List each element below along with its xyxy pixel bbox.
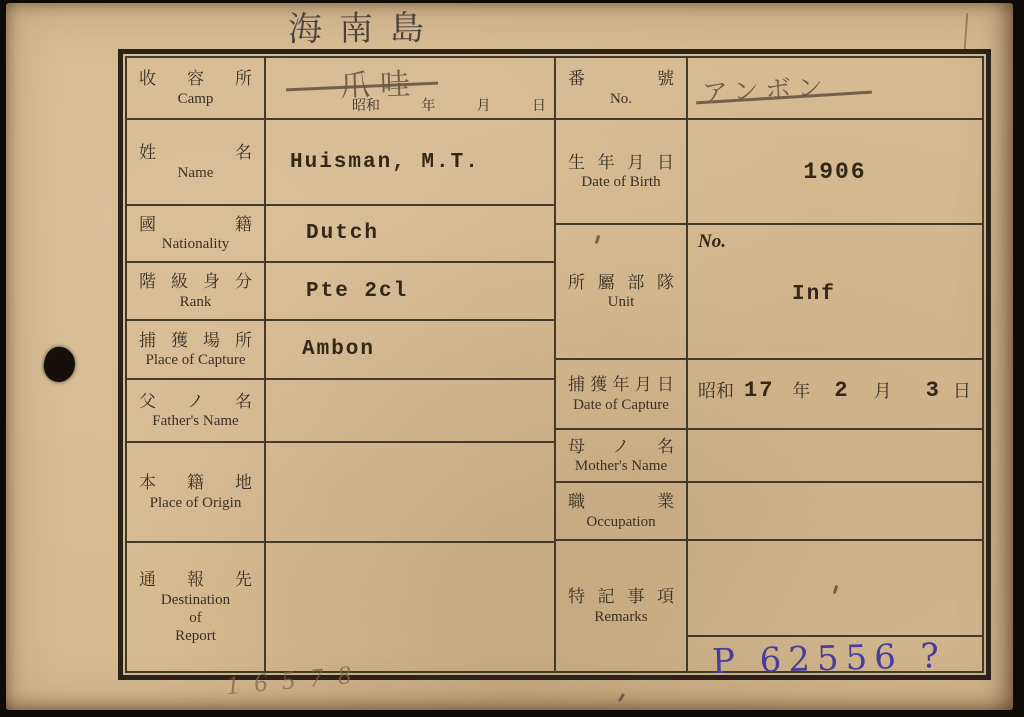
camp-label: 收 容 所 Camp: [127, 58, 266, 118]
number-value: アンボン: [688, 58, 982, 118]
name-typed-value: Huisman, M.T.: [266, 151, 480, 174]
camp-label-jp: 收 容 所: [127, 68, 264, 89]
date-of-birth-label-en: Date of Birth: [556, 173, 686, 191]
row-fathers-name: 父 ノ 名 Father's Name: [127, 380, 554, 443]
row-number: 番 號 No. アンボン: [556, 58, 982, 120]
date-of-birth-typed-value: 1906: [803, 159, 866, 185]
rank-label-jp: 階 級 身 分: [127, 271, 264, 292]
fathers-name-value: [266, 380, 554, 441]
rank-value: Pte 2cl: [266, 263, 554, 319]
date-of-birth-label: 生 年 月 日 Date of Birth: [556, 120, 688, 223]
number-label: 番 號 No.: [556, 58, 688, 118]
rank-typed-value: Pte 2cl: [266, 280, 408, 303]
occupation-value: [688, 483, 982, 539]
rank-label-en: Rank: [127, 293, 264, 311]
place-of-capture-label: 捕 獲 場 所 Place of Capture: [127, 321, 266, 378]
fathers-name-label-en: Father's Name: [127, 412, 264, 430]
mothers-name-label-jp: 母 ノ 名: [556, 436, 686, 457]
unit-label: 所 屬 部 隊 Unit: [556, 225, 688, 358]
record-table: 收 容 所 Camp 爪哇 昭和 年 月 日: [118, 49, 991, 680]
remarks-value-sections: P 62556 ?: [688, 575, 982, 637]
remarks-label: 特 記 事 項 Remarks: [556, 541, 688, 671]
pencil-scratch: [964, 13, 969, 49]
date-of-capture-label: 捕 獲 年 月 日 Date of Capture: [556, 360, 688, 428]
camp-date-year: 年: [421, 95, 435, 115]
row-remarks: 特 記 事 項 Remarks P 62556 ?: [556, 541, 982, 671]
pencil-mark: [618, 693, 625, 702]
name-label: 姓 名 Name: [127, 120, 266, 204]
place-of-origin-label-jp: 本 籍 地: [127, 472, 264, 493]
place-of-origin-label-en: Place of Origin: [127, 494, 264, 512]
camp-date-era: 昭和: [352, 95, 380, 115]
place-of-capture-label-jp: 捕 獲 場 所: [127, 330, 264, 351]
camp-date-line: 昭和 年 月 日: [352, 95, 546, 115]
place-of-capture-label-en: Place of Capture: [127, 351, 264, 369]
row-destination-of-report: 通 報 先 Destination of Report: [127, 543, 554, 671]
destination-label: 通 報 先 Destination of Report: [127, 543, 266, 671]
remarks-upper-section: [688, 575, 982, 637]
destination-label-jp: 通 報 先: [127, 569, 264, 590]
capture-year-typed: 17: [744, 378, 774, 403]
nationality-typed-value: Dutch: [266, 222, 379, 245]
fathers-name-label: 父 ノ 名 Father's Name: [127, 380, 266, 441]
capture-month-typed: 2: [834, 378, 849, 403]
nationality-label-en: Nationality: [127, 235, 264, 253]
number-label-en: No.: [556, 90, 686, 108]
remarks-label-jp: 特 記 事 項: [556, 586, 686, 607]
mothers-name-value: [688, 430, 982, 481]
capture-year-unit: 年: [792, 377, 810, 403]
nationality-label-jp: 國 籍: [127, 214, 264, 235]
row-name: 姓 名 Name Huisman, M.T.: [127, 120, 554, 206]
table-right-section: 番 號 No. アンボン 生 年 月 日 Date of Birth 1906: [556, 58, 982, 671]
occupation-label: 職 業 Occupation: [556, 483, 688, 539]
row-date-of-capture: 捕 獲 年 月 日 Date of Capture 昭和 17 年 2 月 3 …: [556, 360, 982, 430]
row-nationality: 國 籍 Nationality Dutch: [127, 206, 554, 263]
number-handwritten-value: アンボン: [701, 67, 830, 111]
date-of-capture-label-en: Date of Capture: [556, 396, 686, 414]
name-label-en: Name: [127, 164, 264, 182]
row-rank: 階 級 身 分 Rank Pte 2cl: [127, 263, 554, 321]
nationality-value: Dutch: [266, 206, 554, 261]
date-of-capture-value: 昭和 17 年 2 月 3 日: [688, 360, 982, 428]
table-left-section: 收 容 所 Camp 爪哇 昭和 年 月 日: [127, 58, 556, 671]
capture-day-typed: 3: [926, 378, 941, 403]
pencil-mark: [595, 235, 601, 244]
capture-month-unit: 月: [874, 377, 892, 403]
destination-value: [266, 543, 554, 671]
row-camp: 收 容 所 Camp 爪哇 昭和 年 月 日: [127, 58, 554, 120]
date-of-birth-value: 1906: [688, 120, 982, 223]
name-value: Huisman, M.T.: [266, 120, 554, 204]
row-mothers-name: 母 ノ 名 Mother's Name: [556, 430, 982, 483]
place-of-origin-label: 本 籍 地 Place of Origin: [127, 443, 266, 541]
row-place-of-origin: 本 籍 地 Place of Origin: [127, 443, 554, 543]
remarks-label-en: Remarks: [556, 608, 686, 626]
destination-label-en-3: Report: [127, 627, 264, 645]
camp-date-day: 日: [532, 95, 546, 115]
date-of-capture-label-jp: 捕 獲 年 月 日: [556, 374, 686, 395]
capture-day-unit: 日: [953, 377, 971, 403]
mothers-name-label: 母 ノ 名 Mother's Name: [556, 430, 688, 481]
unit-label-en: Unit: [556, 293, 686, 311]
remarks-handwritten-value: P 62556 ?: [712, 636, 947, 682]
name-label-jp: 姓 名: [127, 142, 264, 163]
mothers-name-label-en: Mother's Name: [556, 457, 686, 475]
date-of-birth-label-jp: 生 年 月 日: [556, 152, 686, 173]
record-card-paper: 海南島 收 容 所 Camp 爪哇 昭和 年: [6, 3, 1013, 710]
place-of-capture-typed-value: Ambon: [266, 338, 375, 361]
fathers-name-label-jp: 父 ノ 名: [127, 391, 264, 412]
number-label-jp: 番 號: [556, 68, 686, 89]
unit-typed-value: Inf: [792, 283, 836, 306]
nationality-label: 國 籍 Nationality: [127, 206, 266, 261]
record-table-inner: 收 容 所 Camp 爪哇 昭和 年 月 日: [125, 56, 984, 673]
place-of-capture-value: Ambon: [266, 321, 554, 378]
unit-printed-no: No.: [698, 231, 726, 253]
unit-label-jp: 所 屬 部 隊: [556, 272, 686, 293]
hole-punch: [40, 344, 79, 385]
unit-value: No. Inf: [688, 225, 982, 358]
camp-value: 爪哇 昭和 年 月 日: [266, 58, 554, 118]
row-place-of-capture: 捕 獲 場 所 Place of Capture Ambon: [127, 321, 554, 380]
row-date-of-birth: 生 年 月 日 Date of Birth 1906: [556, 120, 982, 225]
row-unit: 所 屬 部 隊 Unit No. Inf: [556, 225, 982, 360]
camp-date-month: 月: [477, 95, 491, 115]
occupation-label-jp: 職 業: [556, 491, 686, 512]
remarks-value: P 62556 ?: [688, 541, 982, 671]
pencil-mark: [833, 585, 839, 594]
destination-label-en-1: Destination: [127, 591, 264, 609]
capture-era: 昭和: [698, 377, 734, 403]
camp-label-en: Camp: [127, 90, 264, 108]
destination-label-en-2: of: [127, 609, 264, 627]
rank-label: 階 級 身 分 Rank: [127, 263, 266, 319]
place-of-origin-value: [266, 443, 554, 541]
handwritten-title: 海南島: [288, 0, 441, 50]
occupation-label-en: Occupation: [556, 513, 686, 531]
row-occupation: 職 業 Occupation: [556, 483, 982, 541]
